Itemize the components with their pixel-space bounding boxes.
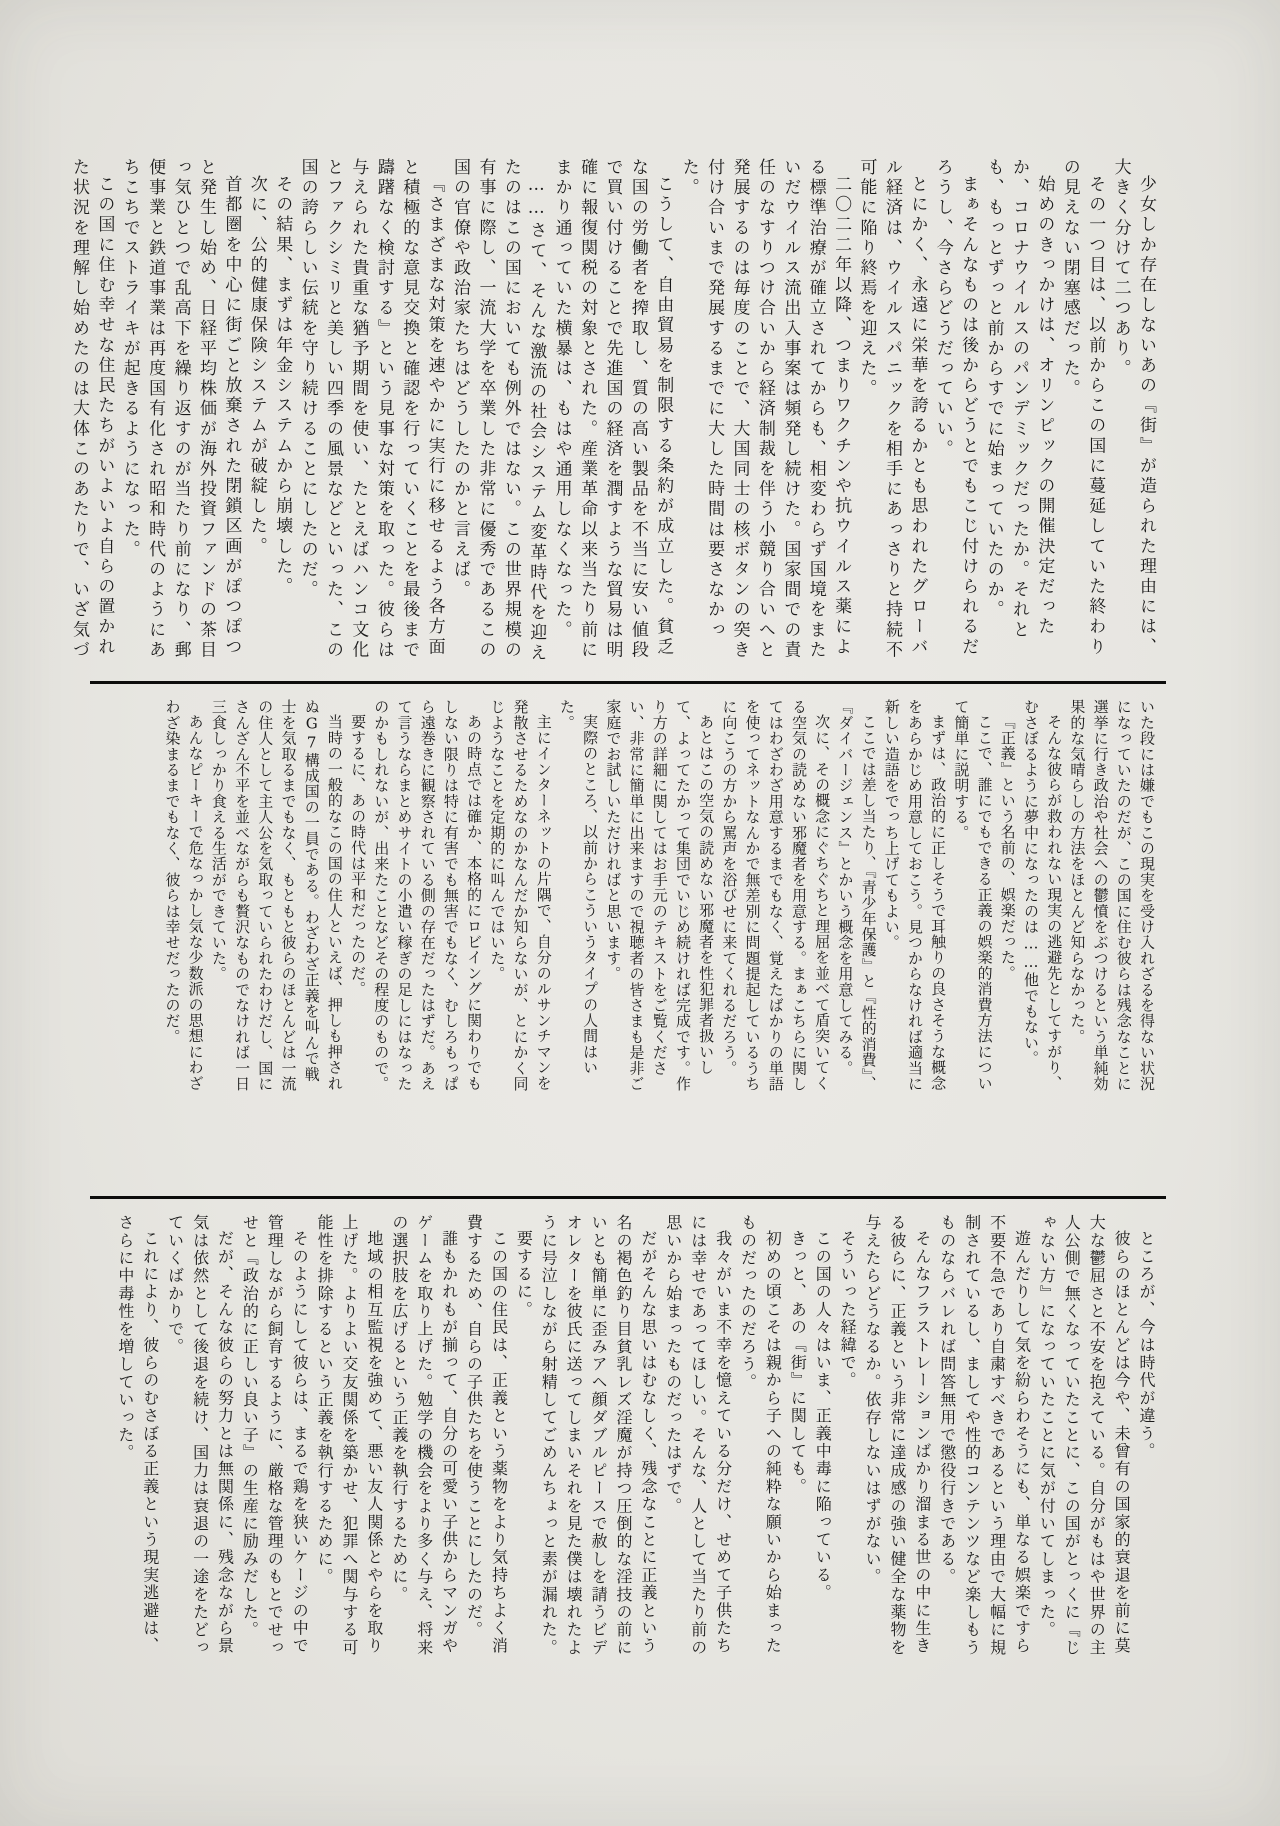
paragraph: 『正義』という名前の、娯楽だった。 — [996, 699, 1019, 1092]
paragraph: この国に住む幸せな住民たちがいよいよ自らの置かれた状況を理解し始めたのは大体この… — [66, 158, 117, 666]
paragraph: 要するに。 — [510, 1214, 535, 1658]
essay-block-bottom: ところが、今は時代が違う。 彼らのほとんどは今や、未曾有の国家的衰退を前に莫大な… — [80, 1214, 1158, 1658]
paragraph: 二〇二二年以降、つまりワクチンや抗ウイルス薬による標準治療が確立されてからも、相… — [675, 158, 853, 666]
paragraph: 初めの頃こそは親から子への純粋な願いから始まったものだったのだろう。 — [735, 1214, 785, 1658]
paragraph: まずは、政治的に正しそうで耳触りの良さそうな概念をあらかじめ用意しておこう。見つ… — [880, 699, 950, 1092]
paragraph: 彼らのほとんどは今や、未曾有の国家的衰退を前に莫大な鬱屈さと不安を抱えている。自… — [1033, 1214, 1133, 1658]
paragraph: だが、そんな彼らの努力とは無関係に、残念ながら景気は依然として後退を続け、国力は… — [162, 1214, 237, 1658]
paragraph: とにかく、永遠に栄華を誇るかとも思われたグローバル経済は、ウイルスパニックを相手… — [853, 158, 929, 666]
paragraph: こうして、自由貿易を制限する条約が成立した。貧乏な国の労働者を搾取し、質の高い製… — [548, 158, 675, 666]
paragraph: 次に、その概念にぐちぐちと理屈を並べて盾突いてくる空気の読めない邪魔者を用意する… — [717, 699, 833, 1092]
paragraph: そんなフラストレーションばかり溜まる世の中に生きる彼らに、正義という非常に達成感… — [859, 1214, 934, 1658]
paragraph: あの時点では確か、本格的にロビイングに関わりでもしない限りは特に有害でも無害でも… — [369, 699, 485, 1092]
paragraph: この国の住民は、正義という薬物をより気持ちよく消費するため、自らの子供たちを使う… — [461, 1214, 511, 1658]
paragraph: ……さて、そんな激流の社会システム変革時代を迎えたのはこの国においても例外ではな… — [447, 158, 549, 666]
paragraph: これにより、彼らのむさぼる正義という現実逃避は、さらに中毒性を増していった。 — [112, 1214, 162, 1658]
paragraph: この国の人々はいま、正義中毒に陥っている。 — [809, 1214, 834, 1658]
paragraph: 実際のところ、以前からこういうタイプの人間はいた。 — [555, 699, 601, 1092]
paragraph: 主にインターネットの片隅で、自分のルサンチマンを発散させるためなのかなんだか知ら… — [485, 699, 555, 1092]
paragraph: そんな彼らが救われない現実の逃避先としてすがり、むさぼるように夢中になったのは…… — [1019, 699, 1065, 1092]
paragraph: そのようにして彼らは、まるで鶏を狭いケージの中で管理しながら飼育するように、厳格… — [236, 1214, 311, 1658]
paragraph: 始めのきっかけは、オリンピックの開催決定だったか、コロナウイルスのパンデミックだ… — [980, 158, 1056, 666]
essay-block-middle: いた段には嫌でもこの現実を受け入れざるを得ない状況になっていたのだが、この国に住… — [80, 699, 1158, 1092]
paragraph: 『さまざまな対策を速やかに実行に移せるよう各方面と積極的な意見交換と確認を行って… — [294, 158, 446, 666]
paragraph: 遊んだりして気を紛らわそうにも、単なる娯楽ですら不要不急であり自粛すべきであると… — [934, 1214, 1034, 1658]
paragraph: ここで、誰にでもできる正義の娯楽的消費方法について簡単に説明する。 — [949, 699, 995, 1092]
paragraph: きっと、あの『街』に関しても。 — [784, 1214, 809, 1658]
paragraph: 首都圏を中心に街ごと放棄された閉鎖区画がぽつぽつと発生し始め、日経平均株価が海外… — [116, 158, 243, 666]
paragraph: ところが、今は時代が違う。 — [1133, 1214, 1158, 1658]
essay-block-top: 少女しか存在しないあの『街』が造られた理由には、大きく分けて二つあり。 その一つ… — [80, 158, 1158, 666]
paragraph: まぁそんなものは後からどうとでもこじ付けられるだろうし、今さらどうだっていい。 — [929, 158, 980, 666]
paragraph: 少女しか存在しないあの『街』が造られた理由には、大きく分けて二つあり。 — [1107, 158, 1158, 666]
paragraph: 誰もかれもが揃って、自分の可愛い子供からマンガやゲームを取り上げた。勉学の機会を… — [386, 1214, 461, 1658]
paragraph: 要するに、あの時代は平和だったのだ。 — [346, 699, 369, 1092]
paragraph: あとはこの空気の読めない邪魔者を性犯罪者扱いして、よってたかって集団でいじめ続け… — [601, 699, 717, 1092]
paragraph: その一つ目は、以前からこの国に蔓延していた終わりの見えない閉塞感だった。 — [1056, 158, 1107, 666]
paragraph: 地域の相互監視を強めて、悪い友人関係とやらを取り上げた。よりよい交友関係を築かせ… — [311, 1214, 386, 1658]
paragraph: あんなピーキーで危なっかし気な少数派の思想にわざわざ染まるまでもなく、彼らは幸せ… — [160, 699, 206, 1092]
divider-line — [90, 1196, 1166, 1199]
paragraph: ここでは差し当たり、『青少年保護』と『性的消費』、『ダイバージェンス』とかいう概… — [833, 699, 879, 1092]
paragraph: その結果、まずは年金システムから崩壊した。 — [269, 158, 294, 666]
paragraph: 次に、公的健康保険システムが破綻した。 — [243, 158, 268, 666]
paragraph: 我々がいま不幸を憶えている分だけ、せめて子供たちには幸せであってほしい。そんな、… — [660, 1214, 735, 1658]
paragraph: 当時の一般的なこの国の住人といえば、押しも押されぬG7構成国の一員である。わざわ… — [207, 699, 346, 1092]
scanned-page: 少女しか存在しないあの『街』が造られた理由には、大きく分けて二つあり。 その一つ… — [0, 0, 1280, 1826]
paragraph: いた段には嫌でもこの現実を受け入れざるを得ない状況になっていたのだが、この国に住… — [1065, 699, 1158, 1092]
paragraph: そういった経緯で。 — [834, 1214, 859, 1658]
divider-line — [90, 681, 1166, 684]
paragraph: だがそんな思いはむなしく、残念なことに正義という名の褐色釣り目貧乳レズ淫魔が持つ… — [535, 1214, 660, 1658]
